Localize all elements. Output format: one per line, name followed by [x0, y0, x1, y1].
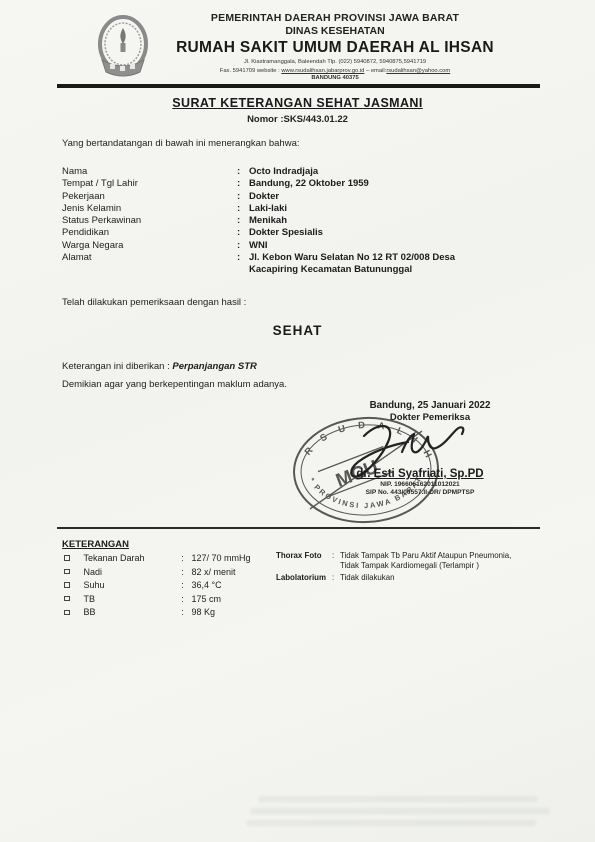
field-value: Jl. Kebon Waru Selatan No 12 RT 02/008 D…	[249, 252, 455, 264]
vital-label: Nadi	[84, 566, 176, 580]
field-value: Menikah	[249, 215, 287, 227]
vital-value: 98 Kg	[190, 606, 216, 620]
colon: :	[237, 191, 249, 203]
field-value: Bandung, 22 Oktober 1959	[249, 178, 369, 190]
checkbox-icon	[64, 569, 70, 575]
checkbox-icon	[64, 555, 70, 561]
colon: :	[332, 573, 340, 583]
vital-row-bb: BB : 98 Kg	[62, 606, 272, 620]
colon: :	[237, 240, 249, 252]
scanned-document-page: PEMERINTAH DAERAH PROVINSI JAWA BARAT DI…	[0, 0, 595, 842]
thorax-value-line1: Tidak Tampak Tb Paru Aktif Ataupun Pneum…	[340, 551, 511, 560]
field-value: Laki-laki	[249, 203, 287, 215]
exam-results-column: Thorax Foto : Tidak Tampak Tb Paru Aktif…	[276, 551, 556, 583]
vital-row-tb: TB : 175 cm	[62, 593, 272, 607]
field-label: Alamat	[62, 252, 237, 264]
lab-row: Labolatorium : Tidak dilakukan	[276, 573, 556, 583]
document-title: SURAT KETERANGAN SEHAT JASMANI	[172, 96, 422, 110]
keterangan-heading: KETERANGAN	[62, 539, 129, 550]
field-row-nama: Nama:Octo Indradjaja	[62, 166, 542, 178]
department-line: DINAS KESEHATAN	[150, 25, 520, 37]
colon: :	[176, 566, 190, 580]
colon: :	[332, 551, 340, 571]
hospital-logo-icon	[88, 14, 158, 84]
field-row-alamat-line2: Kacapiring Kecamatan Batununggal	[62, 264, 542, 276]
colon: :	[237, 178, 249, 190]
document-title-block: SURAT KETERANGAN SEHAT JASMANI Nomor :SK…	[0, 94, 595, 125]
field-label: Jenis Kelamin	[62, 203, 237, 215]
letterhead: PEMERINTAH DAERAH PROVINSI JAWA BARAT DI…	[150, 12, 520, 81]
closing-line: Demikian agar yang berkepentingan maklum…	[62, 379, 287, 390]
purpose-label: Keterangan ini diberikan :	[62, 361, 172, 372]
header-divider	[57, 84, 540, 88]
field-row-status: Status Perkawinan:Menikah	[62, 215, 542, 227]
checkbox-icon	[64, 596, 70, 602]
field-label: Status Perkawinan	[62, 215, 237, 227]
field-row-ttl: Tempat / Tgl Lahir:Bandung, 22 Oktober 1…	[62, 178, 542, 190]
thorax-value: Tidak Tampak Tb Paru Aktif Ataupun Pneum…	[340, 551, 511, 571]
document-number: Nomor :SKS/443.01.22	[0, 114, 595, 125]
vital-label: BB	[84, 606, 176, 620]
field-row-pendidikan: Pendidikan:Dokter Spesialis	[62, 227, 542, 239]
colon: :	[176, 552, 190, 566]
colon: :	[237, 252, 249, 264]
field-value: Dokter Spesialis	[249, 227, 323, 239]
field-value: Octo Indradjaja	[249, 166, 318, 178]
vital-row-tekanan-darah: Tekanan Darah : 127/ 70 mmHg	[62, 552, 272, 566]
field-label: Nama	[62, 166, 237, 178]
field-value: WNI	[249, 240, 267, 252]
thorax-label: Thorax Foto	[276, 551, 332, 571]
colon: :	[237, 215, 249, 227]
purpose-value: Perpanjangan STR	[172, 361, 256, 372]
identity-fields: Nama:Octo Indradjaja Tempat / Tgl Lahir:…	[62, 166, 542, 277]
intro-line: Yang bertandatangan di bawah ini meneran…	[62, 138, 300, 149]
lab-value: Tidak dilakukan	[340, 573, 395, 583]
email-link: rsudalihsan@yahoo.com	[386, 68, 450, 74]
field-label: Warga Negara	[62, 240, 237, 252]
fax-text: Fax. 5941709 website :	[220, 68, 282, 74]
field-label-empty	[62, 264, 237, 276]
page-bleedthrough	[250, 808, 550, 814]
purpose-line: Keterangan ini diberikan : Perpanjangan …	[62, 356, 257, 374]
vitals-list: Tekanan Darah : 127/ 70 mmHg Nadi : 82 x…	[62, 552, 272, 620]
field-row-pekerjaan: Pekerjaan:Dokter	[62, 191, 542, 203]
field-label: Pekerjaan	[62, 191, 237, 203]
section-divider	[57, 527, 540, 529]
checkbox-icon	[64, 582, 70, 588]
colon: :	[176, 579, 190, 593]
page-bleedthrough	[246, 820, 536, 826]
city-postcode: BANDUNG 40375	[150, 75, 520, 81]
colon: :	[237, 203, 249, 215]
colon: :	[176, 593, 190, 607]
field-row-jenis-kelamin: Jenis Kelamin:Laki-laki	[62, 203, 542, 215]
address-line-1: Jl. Kiastramanggala, Baleendah Tlp. (022…	[150, 59, 520, 66]
government-line: PEMERINTAH DAERAH PROVINSI JAWA BARAT	[150, 12, 520, 24]
vital-value: 82 x/ menit	[190, 566, 236, 580]
vital-label: Tekanan Darah	[84, 552, 176, 566]
result-intro: Telah dilakukan pemeriksaan dengan hasil…	[62, 297, 246, 308]
vital-row-suhu: Suhu : 36,4 °C	[62, 579, 272, 593]
field-row-alamat: Alamat:Jl. Kebon Waru Selatan No 12 RT 0…	[62, 252, 542, 264]
vital-label: Suhu	[84, 579, 176, 593]
field-value-continued: Kacapiring Kecamatan Batununggal	[249, 264, 412, 276]
field-row-warga-negara: Warga Negara:WNI	[62, 240, 542, 252]
colon: :	[237, 166, 249, 178]
signature-place-date: Bandung, 25 Januari 2022	[300, 400, 560, 411]
page-bleedthrough	[258, 796, 538, 802]
field-label: Pendidikan	[62, 227, 237, 239]
checkbox-icon	[64, 610, 70, 616]
colon: :	[237, 227, 249, 239]
field-label: Tempat / Tgl Lahir	[62, 178, 237, 190]
lab-label: Labolatorium	[276, 573, 332, 583]
vital-value: 175 cm	[190, 593, 222, 607]
hospital-name: RUMAH SAKIT UMUM DAERAH AL IHSAN	[150, 39, 520, 57]
field-value: Dokter	[249, 191, 279, 203]
colon: :	[176, 606, 190, 620]
thorax-row: Thorax Foto : Tidak Tampak Tb Paru Aktif…	[276, 551, 556, 571]
doctor-sip: SIP No. 443/00557.II-DR/ DPMPTSP	[315, 489, 525, 496]
address-line-2: Fax. 5941709 website : www.rsudalihsan.j…	[150, 68, 520, 75]
vital-label: TB	[84, 593, 176, 607]
vital-row-nadi: Nadi : 82 x/ menit	[62, 566, 272, 580]
vital-value: 127/ 70 mmHg	[190, 552, 251, 566]
email-label: – email:	[364, 68, 386, 74]
result-verdict: SEHAT	[0, 323, 595, 338]
doctor-name: dr. Esti Syafriati, Sp.PD	[315, 468, 525, 480]
vital-value: 36,4 °C	[190, 579, 222, 593]
website-link: www.rsudalihsan.jabarprov.go.id	[281, 68, 364, 74]
colon-empty	[237, 264, 249, 276]
thorax-value-line2: Tidak Tampak Kardiomegali (Terlampir )	[340, 561, 479, 570]
doctor-nip: NIP. 196606162011012021	[315, 481, 525, 488]
